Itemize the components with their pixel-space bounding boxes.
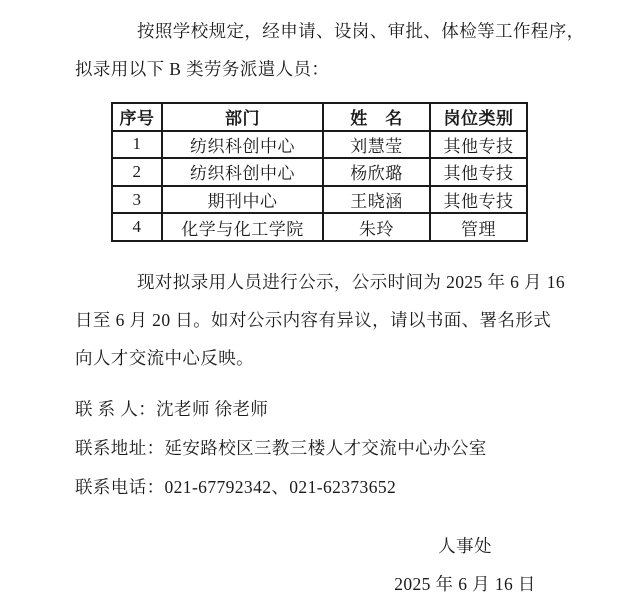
table-header-row: 序号 部门 姓 名 岗位类别 [112, 103, 527, 131]
cell-name: 王晓涵 [323, 186, 430, 214]
cell-index: 3 [112, 186, 162, 214]
contact-address: 联系地址：延安路校区三教三楼人才交流中心办公室 [75, 429, 564, 468]
cell-department: 纺织科创中心 [162, 131, 323, 159]
document-page: 按照学校规定，经申请、设岗、审批、体检等工作程序， 拟录用以下 B 类劳务派遣人… [0, 0, 639, 611]
col-header-index: 序号 [112, 103, 162, 131]
cell-department: 纺织科创中心 [162, 158, 323, 186]
notice-line-1: 现对拟录用人员进行公示，公示时间为 2025 年 6 月 16 [75, 263, 564, 301]
personnel-table: 序号 部门 姓 名 岗位类别 1 纺织科创中心 刘慧莹 其他专技 2 纺织科创中… [111, 102, 528, 242]
cell-name: 刘慧莹 [323, 131, 430, 159]
col-header-category: 岗位类别 [430, 103, 527, 131]
signature-date: 2025 年 6 月 16 日 [394, 565, 536, 603]
intro-paragraph: 按照学校规定，经申请、设岗、审批、体检等工作程序， 拟录用以下 B 类劳务派遣人… [75, 12, 564, 88]
table-row: 2 纺织科创中心 杨欣璐 其他专技 [112, 158, 527, 186]
cell-index: 4 [112, 213, 162, 241]
col-header-department: 部门 [162, 103, 323, 131]
table-row: 1 纺织科创中心 刘慧莹 其他专技 [112, 131, 527, 159]
cell-category: 管理 [430, 213, 527, 241]
notice-paragraph: 现对拟录用人员进行公示，公示时间为 2025 年 6 月 16 日至 6 月 2… [75, 263, 564, 377]
cell-department: 化学与化工学院 [162, 213, 323, 241]
signature-block: 人事处 2025 年 6 月 16 日 [399, 527, 531, 603]
cell-department: 期刊中心 [162, 186, 323, 214]
notice-line-3: 向人才交流中心反映。 [75, 339, 564, 377]
cell-category: 其他专技 [430, 186, 527, 214]
contact-person: 联 系 人：沈老师 徐老师 [75, 390, 564, 429]
table-row: 4 化学与化工学院 朱玲 管理 [112, 213, 527, 241]
intro-line-1: 按照学校规定，经申请、设岗、审批、体检等工作程序， [75, 12, 564, 50]
notice-line-2: 日至 6 月 20 日。如对公示内容有异议，请以书面、署名形式 [75, 301, 564, 339]
cell-index: 2 [112, 158, 162, 186]
cell-name: 朱玲 [323, 213, 430, 241]
signature-department: 人事处 [438, 527, 492, 565]
cell-category: 其他专技 [430, 158, 527, 186]
cell-name: 杨欣璐 [323, 158, 430, 186]
cell-category: 其他专技 [430, 131, 527, 159]
intro-line-2: 拟录用以下 B 类劳务派遣人员： [75, 50, 564, 88]
cell-index: 1 [112, 131, 162, 159]
contact-phone: 联系电话：021-67792342、021-62373652 [75, 468, 564, 507]
table-row: 3 期刊中心 王晓涵 其他专技 [112, 186, 527, 214]
contact-block: 联 系 人：沈老师 徐老师 联系地址：延安路校区三教三楼人才交流中心办公室 联系… [75, 390, 564, 507]
col-header-name: 姓 名 [323, 103, 430, 131]
